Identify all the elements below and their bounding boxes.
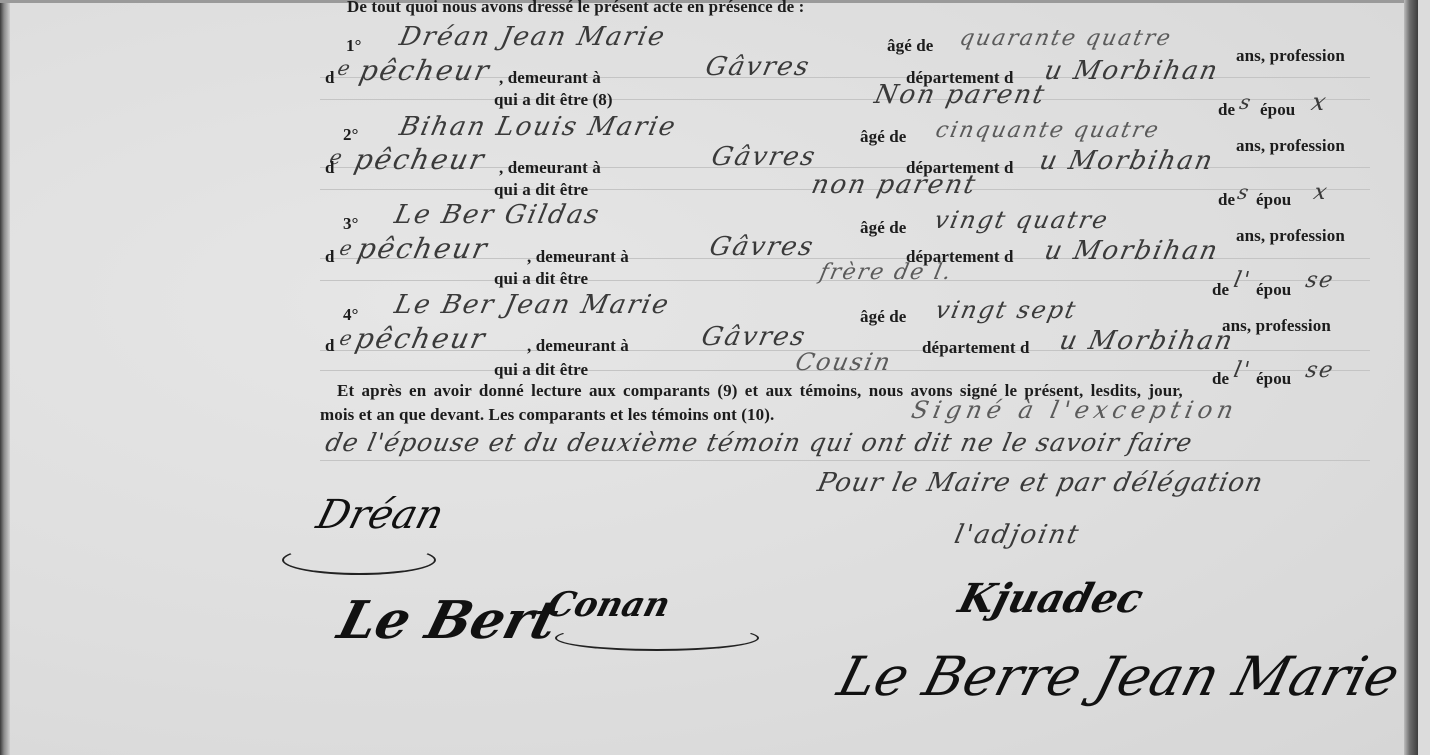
ruled-line <box>320 460 1370 461</box>
witness-residence: Gâvres <box>707 232 818 262</box>
signature-adjoint: Kjuadec <box>954 575 1149 622</box>
prefix-d: d <box>325 68 335 88</box>
epoux-suffix: x <box>1309 88 1330 116</box>
page-right-edge <box>1404 0 1418 755</box>
witness-name: Le Ber Jean Marie <box>392 290 673 320</box>
epoux-suffix: se <box>1303 358 1337 383</box>
witness-number: 1° <box>346 36 362 56</box>
epou-label: épou <box>1260 100 1295 120</box>
qui-a-dit-etre-label: qui a dit être <box>494 269 588 289</box>
witness-number: 4° <box>343 305 359 325</box>
signature-le-berre: Le Berre Jean Marie <box>832 645 1407 708</box>
de-hand: l' <box>1231 358 1253 383</box>
ruled-line <box>320 99 1370 100</box>
witness-name: Le Ber Gildas <box>392 200 603 230</box>
age-label: âgé de <box>860 127 906 147</box>
witness-age: cinquante quatre <box>933 118 1162 143</box>
qui-a-dit-etre-label: qui a dit être <box>494 180 588 200</box>
epou-label: épou <box>1256 369 1291 389</box>
witness-residence: Gâvres <box>703 52 814 82</box>
demeurant-label: , demeurant à <box>527 247 629 267</box>
de-hand: s <box>1235 180 1252 204</box>
intro-text: De tout quoi nous avons dressé le présen… <box>347 0 804 17</box>
page-binding-shadow <box>0 0 10 755</box>
witness-age: vingt sept <box>933 296 1080 324</box>
witness-relation: Cousin <box>793 348 895 376</box>
epou-label: épou <box>1256 280 1291 300</box>
ans-profession-label: ans, profession <box>1236 226 1345 246</box>
signature-conan: Conan <box>543 585 675 625</box>
closing-handwritten-2: de l'épouse et du deuxième témoin qui on… <box>323 428 1195 457</box>
witness-department: u Morbihan <box>1057 326 1237 356</box>
witness-age: vingt quatre <box>932 206 1112 234</box>
ans-profession-label: ans, profession <box>1236 136 1345 156</box>
witness-relation: non parent <box>809 170 980 200</box>
witness-profession: pêcheur <box>352 322 489 355</box>
witness-relation: Non parent <box>872 80 1049 110</box>
departement-label: département d <box>922 338 1030 358</box>
epoux-suffix: x <box>1311 180 1331 205</box>
prefix-hand: e <box>337 236 356 260</box>
de-hand: l' <box>1231 268 1253 293</box>
age-label: âgé de <box>860 307 906 327</box>
mayor-delegation-line: Pour le Maire et par délégation <box>815 468 1266 498</box>
witness-department: u Morbihan <box>1042 236 1222 266</box>
witness-number: 3° <box>343 214 359 234</box>
signature-dream: Dréan <box>312 492 449 538</box>
de-label: de <box>1212 280 1229 300</box>
epoux-suffix: se <box>1303 268 1337 293</box>
de-label: de <box>1218 190 1235 210</box>
witness-residence: Gâvres <box>709 142 820 172</box>
age-label: âgé de <box>887 36 933 56</box>
adjoint-line: l'adjoint <box>952 520 1083 550</box>
signature-le-bert: Le Bert <box>332 590 565 651</box>
prefix-d: d <box>325 336 335 356</box>
signature-flourish <box>282 545 436 575</box>
witness-residence: Gâvres <box>699 322 810 352</box>
qui-a-dit-etre-label: qui a dit être <box>494 360 588 380</box>
witness-department: u Morbihan <box>1037 146 1217 176</box>
demeurant-label: , demeurant à <box>499 68 601 88</box>
witness-profession: pêcheur <box>354 232 491 265</box>
witness-age: quarante quatre <box>957 26 1174 51</box>
witness-number: 2° <box>343 125 359 145</box>
de-label: de <box>1218 100 1235 120</box>
witness-name: Bihan Louis Marie <box>397 112 680 142</box>
de-label: de <box>1212 369 1229 389</box>
ans-profession-label: ans, profession <box>1236 46 1345 66</box>
de-hand: s <box>1237 90 1254 114</box>
document-page: De tout quoi nous avons dressé le présen… <box>0 0 1418 755</box>
closing-handwritten-1: Signé à l'exception <box>909 396 1241 424</box>
witness-profession: pêcheur <box>351 143 488 176</box>
closing-line-2: mois et an que devant. Les comparants et… <box>320 405 774 425</box>
witness-profession: pêcheur <box>356 54 493 87</box>
demeurant-label: , demeurant à <box>527 336 629 356</box>
epou-label: épou <box>1256 190 1291 210</box>
qui-a-dit-etre-label: qui a dit être (8) <box>494 90 613 110</box>
prefix-d: d <box>325 247 335 267</box>
witness-name: Dréan Jean Marie <box>397 22 669 52</box>
witness-relation: frère de l. <box>817 260 955 285</box>
age-label: âgé de <box>860 218 906 238</box>
signature-flourish <box>555 625 759 651</box>
witness-department: u Morbihan <box>1042 56 1222 86</box>
demeurant-label: , demeurant à <box>499 158 601 178</box>
ans-profession-label: ans, profession <box>1222 316 1331 336</box>
prefix-d: d <box>325 158 335 178</box>
